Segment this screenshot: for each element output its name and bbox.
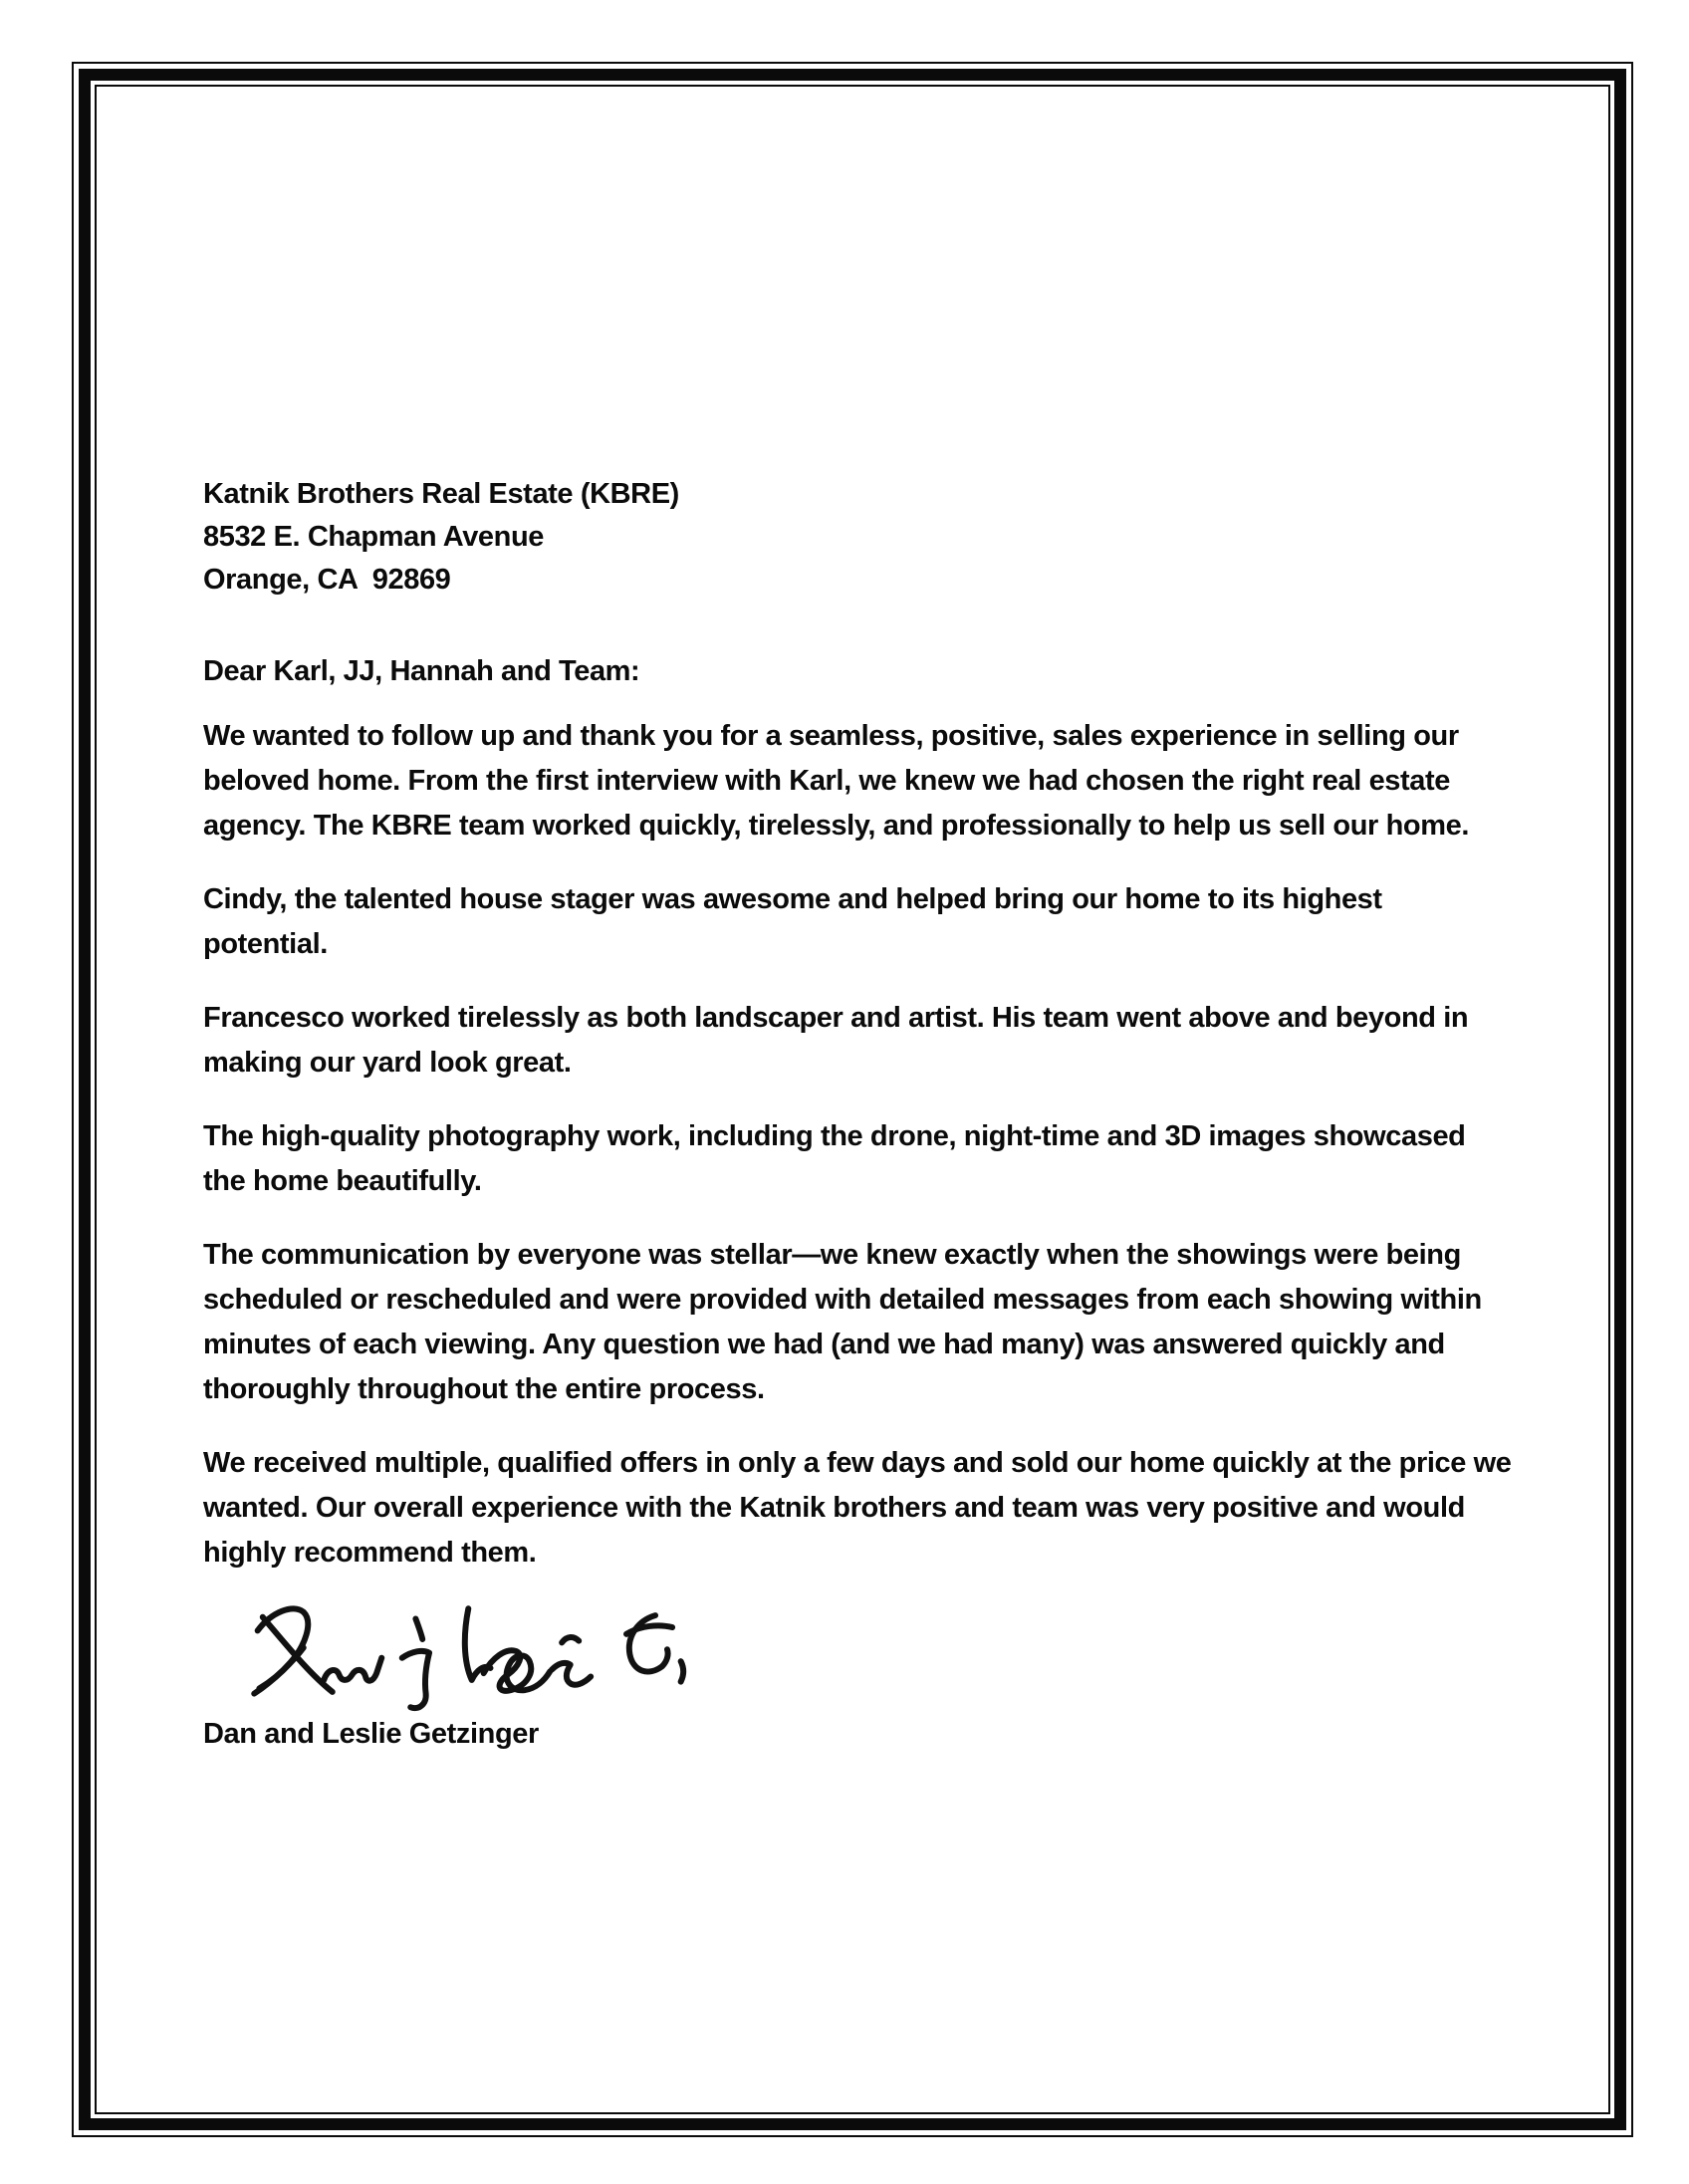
- letter-frame-border-inner: Katnik Brothers Real Estate (KBRE) 8532 …: [95, 85, 1610, 2114]
- letter-paragraph: Francesco worked tirelessly as both land…: [203, 996, 1514, 1086]
- letter-paragraph: The communication by everyone was stella…: [203, 1233, 1514, 1412]
- letter-paragraph: We received multiple, qualified offers i…: [203, 1441, 1514, 1576]
- letter-frame-border: Katnik Brothers Real Estate (KBRE) 8532 …: [72, 62, 1633, 2137]
- handwritten-signature-drawing: [211, 1598, 729, 1726]
- salutation: Dear Karl, JJ, Hannah and Team:: [203, 649, 1514, 694]
- letter-paragraph: Cindy, the talented house stager was awe…: [203, 877, 1514, 967]
- recipient-company: Katnik Brothers Real Estate (KBRE): [203, 473, 1514, 516]
- letter-paragraph: We wanted to follow up and thank you for…: [203, 714, 1514, 849]
- letter-body: Katnik Brothers Real Estate (KBRE) 8532 …: [97, 87, 1608, 2112]
- handwritten-signature: [211, 1598, 1514, 1726]
- letter-frame-border-thick: Katnik Brothers Real Estate (KBRE) 8532 …: [79, 69, 1626, 2130]
- signature-name: Dan and Leslie Getzinger: [203, 1712, 1514, 1757]
- letter-paragraph: The high-quality photography work, inclu…: [203, 1114, 1514, 1204]
- recipient-address-line-2: Orange, CA 92869: [203, 559, 1514, 602]
- recipient-address-block: Katnik Brothers Real Estate (KBRE) 8532 …: [203, 473, 1514, 602]
- recipient-address-line-1: 8532 E. Chapman Avenue: [203, 516, 1514, 559]
